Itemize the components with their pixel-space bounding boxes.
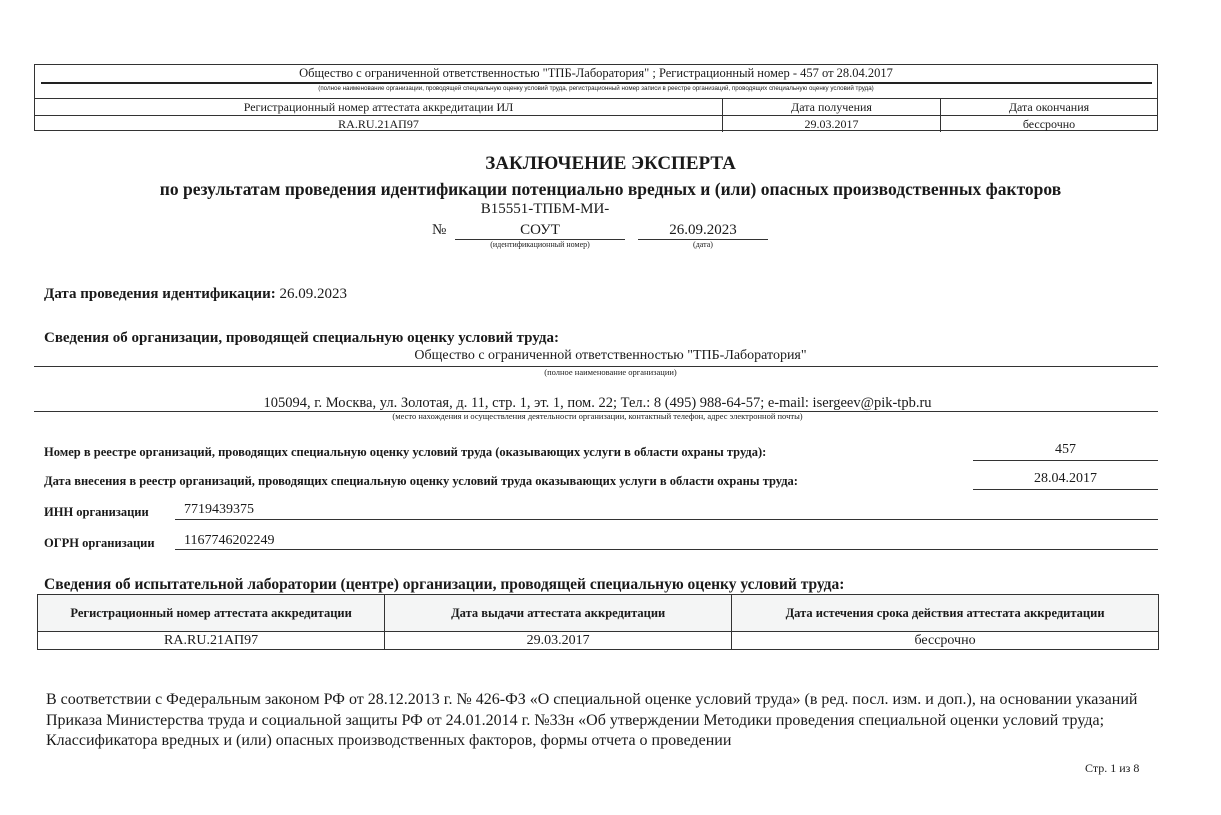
id-number-caption: (идентификационный номер) (455, 240, 625, 250)
id-date-caption: (дата) (638, 240, 768, 250)
lab-table-row: RA.RU.21АП97 29.03.2017 бессрочно (38, 632, 1159, 650)
header-org-note: (полное наименование организации, провод… (35, 84, 1157, 94)
id-number-line2: СОУТ (455, 221, 625, 239)
ident-date-label: Дата проведения идентификации: (44, 286, 276, 302)
header-org-line: Общество с ограниченной ответственностью… (35, 65, 1157, 81)
lab-val-expiry-date: бессрочно (732, 632, 1159, 650)
ogrn-underline (175, 549, 1158, 550)
header-table: Общество с ограниченной ответственностью… (34, 64, 1158, 131)
header-values-row: RA.RU.21АП97 29.03.2017 бессрочно (35, 115, 1157, 132)
ident-date-value: 26.09.2023 (279, 286, 347, 302)
legal-basis-paragraph: В соответствии с Федеральным законом РФ … (46, 690, 1156, 752)
number-sign: № (432, 221, 446, 239)
registry-date-underline (973, 489, 1158, 490)
lab-val-reg-number: RA.RU.21АП97 (38, 632, 385, 650)
inn-label: ИНН организации (44, 504, 149, 520)
page-number: Стр. 1 из 8 (1085, 760, 1139, 776)
lab-val-issue-date: 29.03.2017 (385, 632, 732, 650)
ogrn-value: 1167746202249 (184, 533, 274, 549)
header-columns-row: Регистрационный номер аттестата аккредит… (35, 98, 1157, 115)
header-val-received: 29.03.2017 (722, 116, 940, 132)
registry-number-underline (973, 460, 1158, 461)
lab-heading: Сведения об испытательной лаборатории (ц… (44, 576, 844, 594)
registry-number-value: 457 (973, 442, 1158, 458)
header-val-accreditation: RA.RU.21АП97 (35, 116, 722, 132)
document-subtitle: по результатам проведения идентификации … (0, 178, 1221, 200)
lab-col-issue-date: Дата выдачи аттестата аккредитации (385, 595, 732, 632)
inn-underline (175, 519, 1158, 520)
ogrn-label: ОГРН организации (44, 535, 155, 551)
registry-number-label: Номер в реестре организаций, проводящих … (44, 444, 766, 460)
header-col-accreditation: Регистрационный номер аттестата аккредит… (35, 99, 722, 115)
lab-table: Регистрационный номер аттестата аккредит… (37, 594, 1159, 650)
organization-address-caption: (место нахождения и осуществления деятел… (0, 411, 1195, 421)
organization-name-caption: (полное наименование организации) (0, 367, 1221, 377)
organization-heading: Сведения об организации, проводящей спец… (44, 329, 559, 347)
header-val-expiry: бессрочно (940, 116, 1157, 132)
ident-date-row: Дата проведения идентификации: 26.09.202… (44, 285, 347, 303)
lab-table-header-row: Регистрационный номер аттестата аккредит… (38, 595, 1159, 632)
registry-date-value: 28.04.2017 (973, 471, 1158, 487)
header-col-expiry: Дата окончания (940, 99, 1157, 115)
organization-address: 105094, г. Москва, ул. Золотая, д. 11, с… (0, 394, 1195, 412)
lab-col-reg-number: Регистрационный номер аттестата аккредит… (38, 595, 385, 632)
registry-date-label: Дата внесения в реестр организаций, пров… (44, 473, 798, 489)
id-date: 26.09.2023 (638, 221, 768, 239)
document-title: ЗАКЛЮЧЕНИЕ ЭКСПЕРТА (0, 153, 1221, 175)
header-col-received: Дата получения (722, 99, 940, 115)
inn-value: 7719439375 (184, 502, 254, 518)
lab-col-expiry-date: Дата истечения срока действия аттестата … (732, 595, 1159, 632)
organization-name: Общество с ограниченной ответственностью… (0, 347, 1221, 365)
id-number-line1: В15551-ТПБМ-МИ- (455, 200, 635, 218)
